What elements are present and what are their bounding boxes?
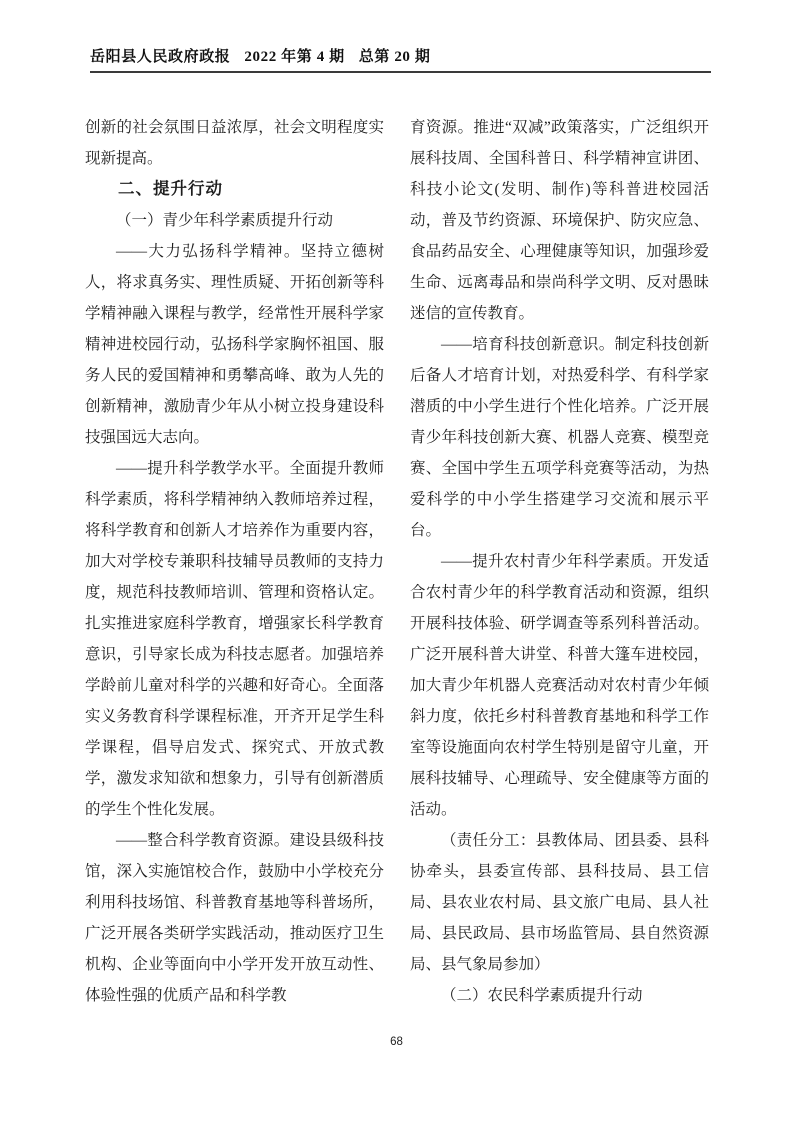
paragraph-continued: 创新的社会氛围日益浓厚，社会文明程度实现新提高。 [85,112,384,174]
two-column-text-block: 创新的社会氛围日益浓厚，社会文明程度实现新提高。 二、提升行动 （一）青少年科学… [85,112,709,1011]
issue-label: 2022 年第 4 期 [244,49,344,65]
total-issue-label: 总第 20 期 [359,49,431,65]
paragraph: ——整合科学教育资源。建设县级科技馆，深入实施馆校合作，鼓励中小学校充分利用科技… [85,825,384,1011]
section-heading: 二、提升行动 [85,174,384,205]
gazette-page: 岳阳县人民政府政报2022 年第 4 期总第 20 期 创新的社会氛围日益浓厚，… [0,0,793,1122]
page-footer: 68 [0,1036,793,1048]
paragraph: ——大力弘扬科学精神。坚持立德树人，将求真务实、理性质疑、开拓创新等科学精神融入… [85,236,384,453]
journal-title: 岳阳县人民政府政报 [90,49,230,65]
left-column: 创新的社会氛围日益浓厚，社会文明程度实现新提高。 二、提升行动 （一）青少年科学… [85,112,384,1011]
subsection-heading: （一）青少年科学素质提升行动 [85,205,384,236]
paragraph: ——提升农村青少年科学素质。开发适合农村青少年的科学教育活动和资源，组织开展科技… [410,546,709,825]
page-header: 岳阳县人民政府政报2022 年第 4 期总第 20 期 [90,45,711,73]
paragraph: ——培育科技创新意识。制定科技创新后备人才培育计划，对热爱科学、有科学家潜质的中… [410,329,709,546]
paragraph: ——提升科学教学水平。全面提升教师科学素质，将科学精神纳入教师培养过程，将科学教… [85,453,384,825]
page-number: 68 [390,1036,403,1048]
paragraph-continued: 育资源。推进“双减”政策落实，广泛组织开展科技周、全国科普日、科学精神宣讲团、科… [410,112,709,329]
right-column: 育资源。推进“双减”政策落实，广泛组织开展科技周、全国科普日、科学精神宣讲团、科… [410,112,709,1011]
subsection-heading: （二）农民科学素质提升行动 [410,980,709,1011]
paragraph-responsibility: （责任分工：县教体局、团县委、县科协牵头，县委宣传部、县科技局、县工信局、县农业… [410,825,709,980]
